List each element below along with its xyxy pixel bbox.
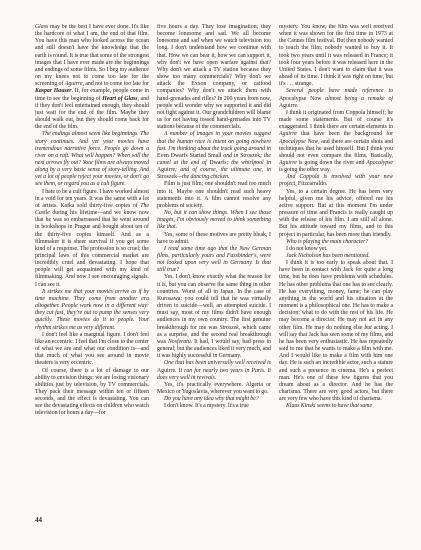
- text-segment: ; the whirlpool in: [226, 160, 271, 166]
- text-segment: Film is just film; one shouldn't read to…: [157, 181, 271, 208]
- magazine-page: Glass may be the best I have ever done. …: [0, 0, 421, 550]
- interviewee-answer-paragraph: I don't feel like a marginal figure. I d…: [35, 332, 149, 368]
- text-segment: ; and of course, the ultimate one, in: [175, 167, 271, 173]
- text-segment: Yes. I don't know exactly what the reaso…: [157, 274, 271, 330]
- text-segment: It strikes me that your movies arrive as…: [35, 289, 149, 331]
- text-segment: Yes, it's practically everywhere. Algeri…: [157, 382, 271, 395]
- text-segment: Jack Nicholson has been mentioned.: [286, 253, 370, 259]
- text-segment: Heart of Glass: [102, 96, 137, 102]
- text-segment: Who is playing the main character?: [286, 239, 368, 245]
- page-number: 44: [35, 516, 42, 524]
- interviewer-question-paragraph: Several people have made reference to Ap…: [279, 88, 393, 109]
- interviewee-answer-paragraph: Glass may be the best I have ever done. …: [35, 24, 149, 131]
- text-segment: Klaus Kinski seems to have that same: [286, 403, 372, 409]
- text-segment: Several people have made reference to: [286, 88, 393, 94]
- text-segment: Glass: [35, 24, 48, 30]
- interviewee-answer-paragraph: mystery. You know, the film was well rec…: [279, 24, 393, 88]
- text-segment: .: [326, 181, 327, 187]
- interviewee-answer-paragraph: Yes. I don't know exactly what the reaso…: [157, 274, 271, 360]
- text-segment: I don't feel like a marginal figure. I d…: [35, 332, 149, 367]
- text-segment: Yes, some of these motives are pretty bl…: [157, 232, 271, 245]
- interviewee-answer-paragraph: five hours a day. They lose imagination;…: [157, 24, 271, 131]
- text-segment: Yes, to a certain degree. He has been ve…: [279, 189, 393, 238]
- interviewee-answer-paragraph: I think it is too early to speak about t…: [279, 260, 393, 403]
- text-segment: almost being a remake of: [321, 96, 393, 102]
- text-segment: that have been the background for: [297, 131, 393, 137]
- text-segment: , and not to come too late for: [83, 81, 149, 87]
- interviewer-question-paragraph: Jack Nicholson has been mentioned.: [279, 253, 393, 260]
- interviewee-answer-paragraph: I hate to be a cult figure. I have worke…: [35, 189, 149, 289]
- interviewer-question-paragraph: Do you have any idea why that might be?: [157, 396, 271, 403]
- text-segment: No, but it can show things. When I see t…: [157, 210, 271, 230]
- text-segment: Of course, there is a lot of damage to o…: [35, 368, 149, 417]
- text-segment: . It ran for nearly two years in Paris. …: [157, 368, 271, 381]
- interviewer-question-paragraph: A number of images in your movies sugges…: [157, 131, 271, 181]
- text-column-center: five hours a day. They lose imagination;…: [157, 24, 271, 522]
- text-segment: Do you have any idea why that might be?: [164, 396, 259, 402]
- text-segment: Fitzcarraldo: [298, 181, 326, 187]
- interviewer-question-paragraph: Klaus Kinski seems to have that same: [279, 403, 393, 410]
- text-columns: Glass may be the best I have ever done. …: [35, 24, 393, 522]
- interviewer-question-paragraph: It strikes me that your movies arrive as…: [35, 289, 149, 332]
- text-column-left: Glass may be the best I have ever done. …: [35, 24, 149, 522]
- interviewee-answer-paragraph: I think it originated from Coppola himse…: [279, 110, 393, 174]
- text-segment: may be the best I have ever done. It's l…: [35, 24, 149, 87]
- text-segment: during his lifetime—and we know now that…: [35, 210, 149, 288]
- text-segment: Nosferatu: [168, 339, 191, 345]
- text-segment: Aguirre: [157, 368, 175, 374]
- text-segment: Stroszek: [157, 174, 177, 180]
- text-segment: Apocalypse: [366, 160, 393, 166]
- text-segment: I do not know yet.: [286, 246, 328, 252]
- text-segment: mystery. You know, the film was well rec…: [279, 24, 393, 87]
- interviewer-question-paragraph: The endings almost seem like beginnings.…: [35, 131, 149, 188]
- text-segment: Kaspar Hauser: [35, 88, 72, 94]
- text-column-right: mystery. You know, the film was well rec…: [279, 24, 393, 522]
- text-segment: Stroszek: [220, 325, 239, 331]
- text-segment: Aguirre: [279, 131, 297, 137]
- text-segment: Apocalypse Now: [279, 139, 318, 145]
- text-segment: I hate to be a cult figure. I have worke…: [35, 189, 149, 209]
- interviewer-question-paragraph: No, but it can show things. When I see t…: [157, 210, 271, 231]
- interviewer-question-paragraph: And Coppola is involved with your new pr…: [279, 174, 393, 188]
- interviewer-question-paragraph: I read some time ago that the New German…: [157, 246, 271, 275]
- text-segment: I don't know. It's a mystery. It's a tru…: [164, 403, 249, 409]
- text-segment: I think it is too early to speak about t…: [279, 260, 393, 330]
- interviewer-question-paragraph: One that has been universally well recei…: [157, 360, 271, 381]
- text-segment: I read some time ago that the New German…: [157, 246, 271, 273]
- text-segment: One that has been universally well recei…: [164, 360, 271, 366]
- interviewee-answer-paragraph: Yes, to a certain degree. He has been ve…: [279, 189, 393, 239]
- text-segment: Dwarfs: [209, 160, 226, 166]
- text-segment: A number of images in your movies sugges…: [157, 131, 271, 151]
- interviewee-answer-paragraph: I do not know yet.: [279, 246, 393, 253]
- interviewer-question-paragraph: Who is playing the main character?: [279, 239, 393, 246]
- interviewee-answer-paragraph: Yes, it's practically everywhere. Algeri…: [157, 382, 271, 396]
- interviewee-answer-paragraph: Yes, some of these motives are pretty bl…: [157, 232, 271, 246]
- text-segment: Aguirre: [157, 167, 175, 173]
- text-segment: Aguirre: [279, 103, 297, 109]
- text-segment: The endings almost seem like beginnings.…: [35, 131, 149, 187]
- interviewee-answer-paragraph: I don't know. It's a mystery. It's a tru…: [157, 403, 271, 410]
- text-segment: is going down the river and: [297, 160, 366, 166]
- text-segment: Even Dwarfs Started Small: [157, 153, 221, 159]
- text-segment: Aguirre: [279, 160, 297, 166]
- text-segment: —the dancing chicken.: [177, 174, 230, 180]
- text-segment: but: [364, 325, 371, 331]
- text-segment: .: [297, 103, 298, 109]
- interviewee-answer-paragraph: Film is just film; one shouldn't read to…: [157, 181, 271, 210]
- text-segment: I think it originated from Coppola himse…: [279, 110, 393, 130]
- text-segment: And Coppola is involved with your new pr…: [279, 174, 393, 187]
- text-segment: acting. I will say that Jack has seen so…: [279, 325, 393, 403]
- text-segment: Stroszek: [240, 153, 260, 159]
- interviewee-answer-paragraph: Of course, there is a lot of damage to o…: [35, 368, 149, 418]
- text-segment: Apocalypse Now: [279, 96, 321, 102]
- text-segment: Aguirre: [65, 81, 83, 87]
- text-segment: five hours a day. They lose imagination;…: [157, 24, 271, 130]
- text-segment: and in: [221, 153, 240, 159]
- text-segment: is going the other way.: [279, 167, 331, 173]
